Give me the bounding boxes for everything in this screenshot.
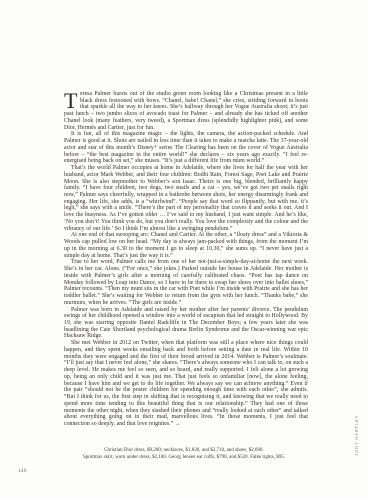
- paragraph: It is fun, all of this magazine magic – …: [64, 131, 308, 165]
- magazine-page: Teresa Palmer bursts out of the studio g…: [0, 0, 368, 500]
- drop-cap: T: [64, 91, 80, 110]
- article-body: Teresa Palmer bursts out of the studio g…: [64, 91, 308, 428]
- caption-line-2: Sportmax skirt, worn under dress, $2,180…: [34, 455, 334, 462]
- photo-credit-vertical: JODY HARTLEY: [354, 415, 359, 456]
- paragraph: Palmer was born in Adelaide and raised b…: [64, 307, 308, 341]
- paragraph: She met Webber in 2012 on Twitter, when …: [64, 340, 308, 428]
- paragraph-opening: Teresa Palmer bursts out of the studio g…: [64, 91, 308, 131]
- paragraph: At one end of that swooping arc: Chanel …: [64, 232, 308, 259]
- paragraph: True to her word, Palmer calls me from o…: [64, 259, 308, 306]
- caption-line-1: Christian Dior dress, $9,200; necklaces,…: [34, 448, 334, 455]
- paragraph: That’s the world Palmer occupies at home…: [64, 165, 308, 232]
- fashion-credits-caption: Christian Dior dress, $9,200; necklaces,…: [34, 448, 334, 462]
- page-number: 146: [18, 468, 27, 474]
- paragraph-text: eresa Palmer bursts out of the studio gr…: [64, 91, 308, 131]
